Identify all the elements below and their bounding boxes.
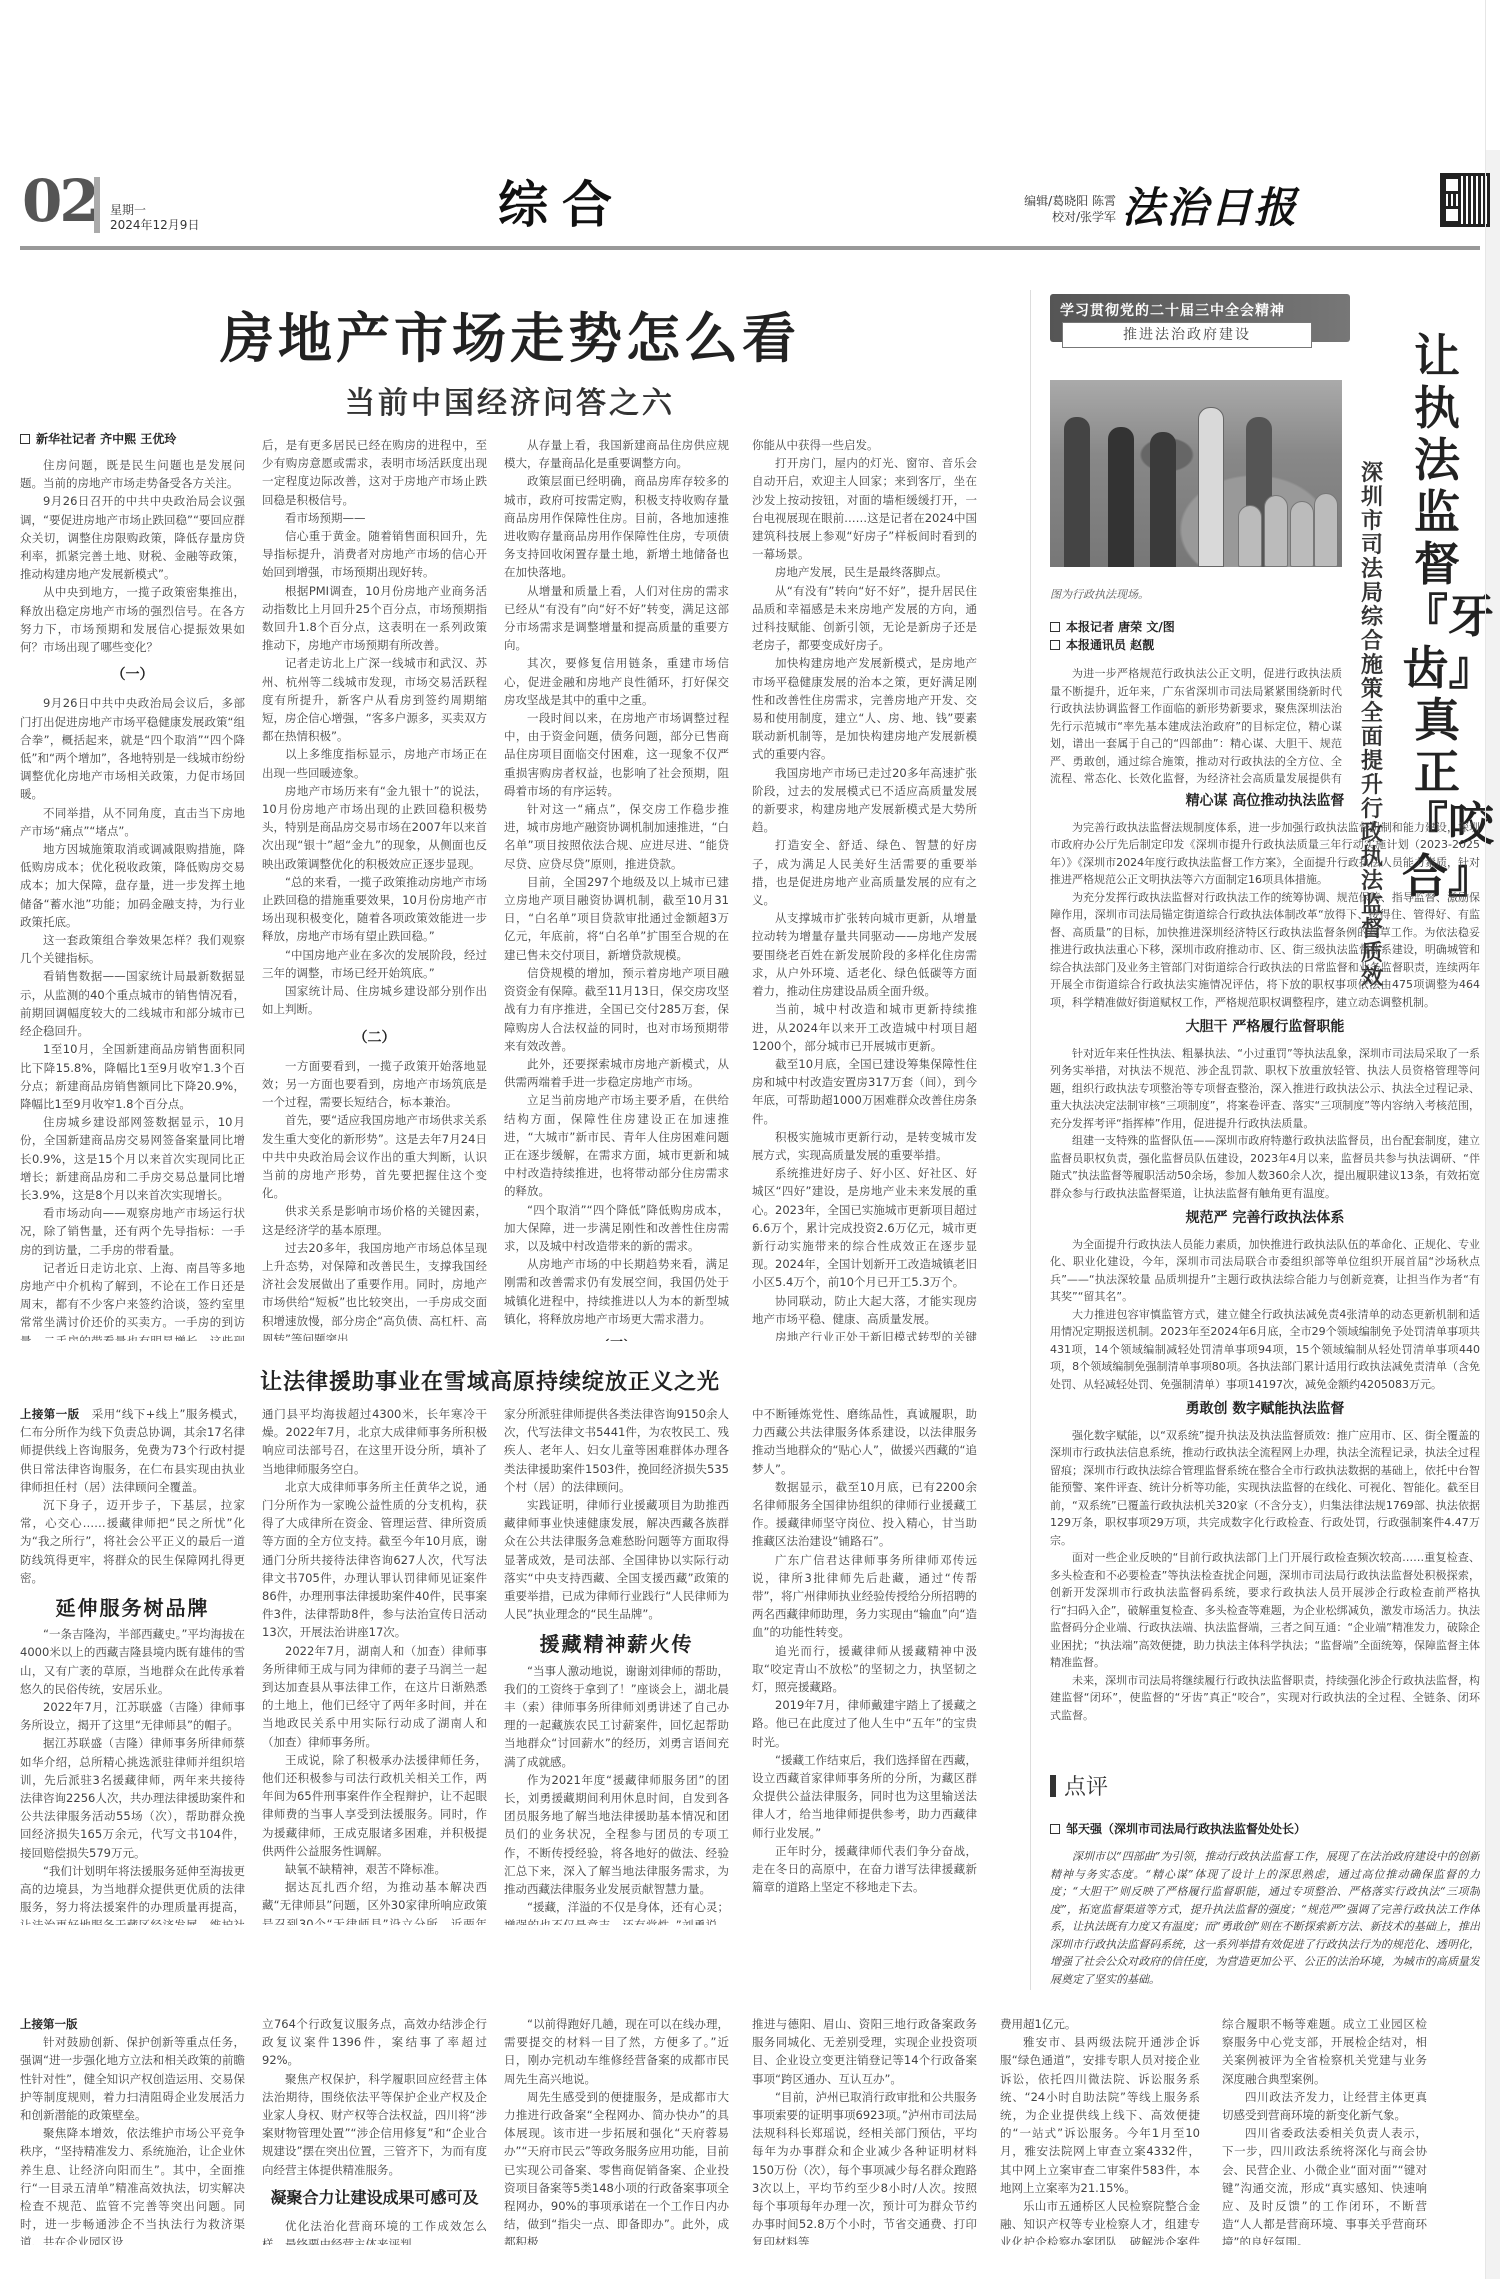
masthead: 02 星期一 2024年12月9日 综合 编辑/葛晓阳 陈霄 校对/张学军 法治… [20,165,1500,245]
continued-label: 上接第一版 [20,1407,80,1421]
paragraph: 看市场动向——观察房地产市场运行状况，除了销售量，还有两个先导指标：一手房的到访… [20,1204,245,1259]
paragraph: 立764个行政复议服务点，高效办结涉企行政复议案件1396件，案结事了率超过92… [262,2015,487,2070]
article2-column-2: 通门县平均海拔超过4300米，长年寒冷干燥。2022年7月，北京大成律师事务所积… [262,1405,487,1925]
paragraph: 为进一步严格规范行政执法公正文明，促进行政执法质量不断提升，近年来，广东省深圳市… [1050,665,1342,785]
paragraph: 截至10月底，全国已建设筹集保障性住房和城中村改造安置房317万套（间），到今年… [752,1055,977,1128]
paragraph: 雅安市、县两级法院开通涉企诉服“绿色通道”，安排专职人员对接企业诉讼，依托四川微… [1000,2033,1200,2197]
continued-label: 上接第一版 [20,2015,245,2033]
section-marker: （三） [504,1338,729,1341]
paragraph: 王成说，除了积极承办法援律师任务，他们还积极参与司法行政机关相关工作，两年间为6… [262,1751,487,1860]
paragraph: 四川政法齐发力，让经营主体更真切感受到营商环境的新变化新气象。 [1222,2088,1427,2124]
paragraph: 打造安全、舒适、绿色、智慧的好房子，成为满足人民美好生活需要的重要举措，也是促进… [752,836,977,909]
review-body: 深圳市以“四部曲”为引领，推动行政执法监督工作，展现了在法治政府建设中的创新精神… [1050,1848,1480,1988]
paragraph: “我们计划明年将法援服务延伸至海拔更高的边境县，为当地群众提供更优质的法律服务，… [20,1862,245,1925]
banner-title: 学习贯彻党的二十届三中全会精神 [1060,300,1285,320]
section-title: 综合 [498,165,626,237]
paragraph: 一段时间以来，在房地产市场调整过程中，由于资金问题，债务问题，部分已售商品住房项… [504,709,729,800]
paragraph: 为充分发挥行政执法监督对行政执法工作的统筹协调、规范保障、指导监督、激励保障作用… [1050,889,1480,1012]
paragraph: 组建一支特殊的监督队伍——深圳市政府特邀行政执法监督员，出台配套制度，建立监督员… [1050,1132,1480,1202]
article3-column-2: 立764个行政复议服务点，高效办结涉企行政复议案件1396件，案结事了率超过92… [262,2015,487,2245]
paragraph: 综合履职不畅等难题。成立工业园区检察服务中心党支部，开展检企结对，相关案例被评为… [1222,2015,1427,2088]
article2-column-1: 上接第一版 采用“线下+线上”服务模式，仁布分所作为线下负责总协调，其余17名律… [20,1405,245,1925]
paragraph: 住房问题，既是民生问题也是发展问题。当前的房地产市场走势备受各方关注。 [20,456,245,492]
masthead-rule [20,246,1480,250]
paragraph: 缺氧不缺精神，艰苦不降标准。 [262,1860,487,1878]
paragraph: 此外，还要探索城市房地产新模式，从供需两端着手进一步稳定房地产市场。 [504,1055,729,1091]
paragraph: 大力推进包容审慎监管方式，建立健全行政执法减免责4张清单的动态更新机制和适用情况… [1050,1306,1480,1394]
review-label: 点评 [1064,1775,1108,1800]
paragraph: 正年时分，援藏律师代表们争分奋战，走在冬日的高原中，在奋力谱写法律援藏新篇章的道… [752,1842,977,1897]
feature-section-title: 精心谋 高位推动执法监督 [1050,793,1480,811]
paragraph: 从增量和质量上看，人们对住房的需求已经从“有没有”向“好不好”转变，满足这部分市… [504,582,729,655]
editor-credits: 编辑/葛晓阳 陈霄 校对/张学军 [1020,193,1116,225]
reporter: 本报记者 唐荣 文/图 [1066,620,1175,634]
paragraph: 针对鼓励创新、保护创新等重点任务，强调“进一步强化地方立法和相关政策的前瞻性针对… [20,2033,245,2124]
article2-subtitle: 援藏精神薪火传 [504,1635,729,1653]
paragraph: “中国房地产业在多次的发展阶段，经过三年的调整，市场已经开始筑底。” [262,946,487,982]
paragraph: 乐山市五通桥区人民检察院整合金融、知识产权等专业检察人才，组建专业化护企检察办案… [1000,2197,1200,2245]
paragraph: 不同举措，从不同角度，直击当下房地产市场“痛点”“堵点”。 [20,804,245,840]
paragraph: 立足当前房地产市场主要矛盾，在供给结构方面，保障性住房建设正在加速推进，“大城市… [504,1091,729,1200]
bar-icon [1050,1775,1056,1797]
paragraph: 2019年7月，律师戴建宇踏上了援藏之路。他已在此度过了他人生中“五年”的宝贵时… [752,1696,977,1751]
paragraph: 加快构建房地产发展新模式，是房地产市场平稳健康发展的治本之策，更好满足刚性和改善… [752,654,977,763]
paragraph: 周先生感受到的便捷服务，是成都市大力推进行政备案“全程网办、简办快办”的具体展现… [504,2088,729,2245]
article2-column-4: 中不断锤炼党性、磨练品性，真诚履职，助力西藏公共法律服务体系建设，以法律服务推动… [752,1405,977,1925]
feature-body: 精心谋 高位推动执法监督 为完善行政执法监督法规制度体系，进一步加强行政执法监督… [1050,785,1480,1745]
photo-caption: 图为行政执法现场。 [1050,586,1149,602]
paragraph: 沉下身子，迈开步子，下基层，拉家常，心交心……援藏律师把“民之所忧”化为“我之所… [20,1496,245,1587]
paragraph: 看销售数据——国家统计局最新数据显示，从监测的40个重点城市的销售情况看，前期回… [20,967,245,1040]
review-author: 邹天强（深圳市司法局行政执法监督处处长） [1050,1820,1306,1837]
square-icon [1050,640,1060,650]
column-divider [1030,290,1031,1990]
paragraph: 协同联动，防止大起大落，才能实现房地产市场平稳、健康、高质量发展。 [752,1292,977,1328]
square-icon [1050,622,1060,632]
person-figure [1064,417,1090,567]
paragraph: “四个取消”“四个降低”降低购房成本，加大保障，进一步满足刚性和改善性住房需求，… [504,1201,729,1256]
paragraph: 你能从中获得一些启发。 [752,436,977,454]
article3-column-3: “以前得跑好几趟，现在可以在线办理，需要提交的材料一目了然，方便多了。”近日，刚… [504,2015,729,2245]
main-article-column-1: 住房问题，既是民生问题也是发展问题。当前的房地产市场走势备受各方关注。 9月26… [20,456,245,1341]
paragraph: 目前，全国297个地级及以上城市已建立房地产项目融资协调机制，截至10月31日，… [504,873,729,964]
main-headline: 房地产市场走势怎么看 [60,296,960,373]
paragraph: 看市场预期—— [262,509,487,527]
main-byline: 新华社记者 齐中熙 王优玲 [20,430,176,447]
gas-cylinder [1290,501,1314,567]
paragraph: 首先，要“适应我国房地产市场供求关系发生重大变化的新形势”。这是去年7月24日中… [262,1111,487,1202]
paragraph: 聚焦降本增效，依法维护市场公平竞争秩序，“坚持精准发力、系统施治，让企业休养生息… [20,2124,245,2245]
paragraph: 据达瓦扎西介绍，为推动基本解决西藏“无律师县”问题，区外30家律所响应政策号召到… [262,1878,487,1925]
paragraph: 打开房门，屋内的灯光、窗帘、音乐会自动开启，欢迎主人回家；来到客厅，坐在沙发上按… [752,454,977,563]
paragraph: 一方面要看到，一揽子政策开始落地显效；另一方面也要看到，房地产市场筑底是一个过程… [262,1057,487,1112]
paragraph: 费用超1亿元。 [1000,2015,1200,2033]
paragraph: 2022年7月，江苏联盛（吉隆）律师事务所设立，揭开了这里“无律师县”的帽子。 [20,1698,245,1734]
gas-cylinder [1238,505,1262,567]
paragraph: 9月26日召开的中共中央政治局会议强调，“要促进房地产市场止跌回稳”“要回应群众… [20,492,245,583]
paragraph: 从支撑城市扩张转向城市更新，从增量拉动转为增量存量共同驱动——房地产发展要围绕老… [752,909,977,1000]
feature-section-title: 大胆干 严格履行监督职能 [1050,1019,1480,1037]
article3-column-5: 费用超1亿元。 雅安市、县两级法院开通涉企诉服“绿色通道”，安排专职人员对接企业… [1000,2015,1200,2245]
paragraph: 强化数字赋能，以“双系统”提升执法及执法监督质效：推广应用市、区、街全覆盖的深圳… [1050,1427,1480,1550]
paragraph: “目前，泸州已取消行政审批和公共服务事项索要的证明事项6923项。”泸州市司法局… [752,2088,977,2245]
article3-column-1: 上接第一版 针对鼓励创新、保护创新等重点任务，强调“进一步强化地方立法和相关政策… [20,2015,245,2245]
paragraph: 根据PMI调查，10月份房地产业商务活动指数比上月回升25个百分点，市场预期指数… [262,582,487,655]
square-icon [1050,1824,1060,1834]
person-figure [1108,427,1134,567]
correspondent: 本报通讯员 赵靓 [1066,638,1154,652]
review-heading: 点评 [1050,1770,1108,1801]
paragraph: 追光而行，援藏律师从援藏精神中汲取“咬定青山不放松”的坚韧之力，执坚韧之灯，照亮… [752,1642,977,1697]
main-article-column-4: 你能从中获得一些启发。 打开房门，屋内的灯光、窗帘、音乐会自动开启，欢迎主人回家… [752,436,977,1341]
paragraph: 广东广信君达律师事务所律师邓传远说，律所3批律师先后赴藏，通过“传帮带”，将广州… [752,1551,977,1642]
paragraph: 针对这一“痛点”，保交房工作稳步推进，城市房地产融资协调机制加速推进，“白名单”… [504,800,729,873]
paragraph: 住房城乡建设部网签数据显示，10月份，全国新建商品房交易网签备案量同比增长0.9… [20,1113,245,1204]
proofreader: 校对/张学军 [1020,209,1116,225]
paragraph: 供求关系是影响市场价格的关键因素，这是经济学的基本原理。 [262,1202,487,1238]
qr-code-icon[interactable] [1440,173,1490,227]
gas-cylinder [1264,495,1288,567]
page-number-divider [94,177,100,233]
paragraph: 推进与德阳、眉山、资阳三地行政备案政务服务同城化、无差别受理，实现企业投资项目、… [752,2015,977,2088]
newspaper-page: 02 星期一 2024年12月9日 综合 编辑/葛晓阳 陈霄 校对/张学军 法治… [0,0,1485,2279]
paragraph: 家分所派驻律师提供各类法律咨询9150余人次，代写法律文书5441件，为农牧民工… [504,1405,729,1496]
paragraph: 国家统计局、住房城乡建设部分别作出如上判断。 [262,982,487,1018]
paragraph: 9月26日中共中央政治局会议后，多部门打出促进房地产市场平稳健康发展政策“组合拳… [20,694,245,803]
paragraph: 积极实施城市更新行动，是转变城市发展方式，实现高质量发展的重要举措。 [752,1128,977,1164]
square-icon [20,434,30,444]
officer-figure [1198,407,1224,567]
paragraph: 中不断锤炼党性、磨练品性，真诚履职，助力西藏公共法律服务体系建设，以法律服务推动… [752,1405,977,1478]
paragraph: 数据显示，截至10月底，已有2200余名律师服务全国律协组织的律师行业援藏工作。… [752,1478,977,1551]
article2-column-3: 家分所派驻律师提供各类法律咨询9150余人次，代写法律文书5441件，为农牧民工… [504,1405,729,1925]
paragraph: 记者走访北上广深一线城市和武汉、苏州、杭州等二线城市发现，市场交易活跃程度有所提… [262,654,487,745]
paragraph: 1至10月，全国新建商品房销售面积同比下降15.8%，降幅比1至9月收窄1.3个… [20,1040,245,1113]
paragraph: 我国房地产市场已走过20多年高速扩张阶段，过去的发展模式已不适应高质量发展的新要… [752,764,977,837]
paragraph: 政策层面已经明确，商品房库存较多的城市，政府可按需定购，积极支持收购存量商品房用… [504,472,729,581]
page-number: 02 [22,171,97,231]
paragraph: 系统推进好房子、好小区、好社区、好城区“四好”建设，是房地产业未来发展的重心。2… [752,1164,977,1291]
paragraph: 面对一些企业反映的“目前行政执法部门上门开展行政检查频次较高……重复检查、多头检… [1050,1549,1480,1672]
paragraph: “援藏，洋溢的不仅是身体，还有心灵；增强的也不仅是意志，还有党性。”刘勇说，作为… [504,1898,729,1925]
paragraph: 房地产行业正处于新旧模式转型的关键期，迎难而上，主动破局。按照中央统一部署，各地… [752,1328,977,1341]
paragraph: 房地产发展，民生是最终落脚点。 [752,563,977,581]
review-author-text: 邹天强（深圳市司法局行政执法监督处处长） [1066,1822,1306,1836]
main-article-column-3: 从存量上看，我国新建商品住房供应规模大，存量商品化是重要调整方向。 政策层面已经… [504,436,729,1341]
paragraph: 从存量上看，我国新建商品住房供应规模大，存量商品化是重要调整方向。 [504,436,729,472]
paragraph: “援藏工作结束后，我们选择留在西藏，设立西藏首家律师事务所的分所，为藏区群众提供… [752,1751,977,1842]
paragraph: 记者近日走访北京、上海、南昌等多地房地产中介机构了解到，不论在工作日还是周末，都… [20,1259,245,1341]
article2-subtitle: 延伸服务树品牌 [20,1599,245,1617]
enforcement-photo [1050,380,1342,567]
paragraph: 四川省委政法委相关负责人表示，下一步，四川政法系统将深化与商会协会、民营企业、小… [1222,2124,1427,2245]
section-marker: （一） [20,666,245,684]
person-figure [1150,432,1176,567]
paragraph: “总的来看，一揽子政策推动房地产市场止跌回稳的措施重要效果，10月份房地产市场出… [262,873,487,946]
paragraph: 从“有没有”转向“好不好”，提升居民住品质和幸福感是未来房地产发展的方向，通过科… [752,582,977,655]
paragraph: 信心重于黄金。随着销售面积回升，先导指标提升，消费者对房地产市场的信心开始回到增… [262,527,487,582]
weekday: 星期一 [110,203,199,218]
paragraph: 作为2021年度“援藏律师服务团”的团长，刘勇援藏期间利用休息时间，自发到各团员… [504,1771,729,1898]
paragraph: 据江苏联盛（吉隆）律师事务所律师蔡如华介绍，总所精心挑选派驻律师并组织培训，先后… [20,1734,245,1861]
paragraph: 北京大成律师事务所主任黄华之说，通门分所作为一家晚公益性质的分支机构，获得了大成… [262,1478,487,1642]
paragraph: 针对近年来任性执法、粗暴执法、“小过重罚”等执法乱象，深圳市司法局采取了一系列务… [1050,1045,1480,1133]
issue-date: 星期一 2024年12月9日 [110,203,199,233]
paragraph: 其次，要修复信用链条，重建市场信心，促进金融和房地产良性循环，打好保交房攻坚战是… [504,654,729,709]
paragraph: 地方因城施策取消或调减限购措施，降低购房成本；优化税收政策，降低购房交易成本；加… [20,840,245,931]
main-subhead: 当前中国经济问答之六 [60,378,960,422]
feature-section-title: 勇敢创 数字赋能执法监督 [1050,1401,1480,1419]
paragraph: 通门县平均海拔超过4300米，长年寒冷干燥。2022年7月，北京大成律师事务所积… [262,1405,487,1478]
theme-banner: 学习贯彻党的二十届三中全会精神 推进法治政府建设 [1050,294,1350,342]
paragraph: 房地产市场历来有“金九银十”的说法，10月份房地产市场出现的止跌回稳积极势头，特… [262,782,487,873]
paragraph: 这一套政策组合拳效果怎样？我们观察几个关键指标。 [20,931,245,967]
paragraph: 为全面提升行政执法人员能力素质，加快推进行政执法队伍的革命化、正规化、专业化、职… [1050,1236,1480,1306]
paragraph: 未来，深圳市司法局将继续履行行政执法监督职责，持续强化涉企行政执法监督，构建监督… [1050,1672,1480,1725]
section-marker: （二） [262,1029,487,1047]
newspaper-logo: 法治日报 [1122,175,1298,235]
article3-subtitle: 凝聚合力让建设成果可感可及 [262,2189,487,2207]
paragraph: 后，是有更多居民已经在购房的进程中，至少有购房意愿或需求，表明市场活跃度出现一定… [262,436,487,509]
date: 2024年12月9日 [110,218,199,233]
page-edge [1485,0,1486,2279]
paragraph: 过去20多年，我国房地产市场总体呈现上升态势，对保障和改善民生，支撑我国经济社会… [262,1239,487,1341]
feature-intro: 为进一步严格规范行政执法公正文明，促进行政执法质量不断提升，近年来，广东省深圳市… [1050,665,1342,785]
banner-subtitle: 推进法治政府建设 [1062,322,1312,348]
paragraph: 当前，城中村改造和城市更新持续推进，从2024年以来开工改造城中村项目超1200… [752,1000,977,1055]
paragraph: 为完善行政执法监督法规制度体系，进一步加强行政执法监督机制和能力建设，深圳市政府… [1050,819,1480,889]
paragraph: “一条吉隆沟，半部西藏史。”平均海拔在4000米以上的西藏吉隆县境内既有雄伟的雪… [20,1625,245,1698]
paragraph: “当事人激动地说，谢谢刘律师的帮助，我们的工资终于拿到了！”座谈会上，湖北晨丰（… [504,1662,729,1771]
byline-text: 新华社记者 齐中熙 王优玲 [36,432,176,446]
gas-cylinder [1314,493,1338,567]
main-article-column-2: 后，是有更多居民已经在购房的进程中，至少有购房意愿或需求，表明市场活跃度出现一定… [262,436,487,1341]
article3-column-6: 综合履职不畅等难题。成立工业园区检察服务中心党支部，开展检企结对，相关案例被评为… [1222,2015,1427,2245]
article3-column-4: 推进与德阳、眉山、资阳三地行政备案政务服务同城化、无差别受理，实现企业投资项目、… [752,2015,977,2245]
feature-section-title: 规范严 完善行政执法体系 [1050,1210,1480,1228]
paragraph: 优化法治化营商环境的工作成效怎么样，最终要由经营主体来评判。 [262,2217,487,2245]
paragraph: 实践证明，律师行业援藏项目为助推西藏律师事业快速健康发展，解决西藏各族群众在公共… [504,1496,729,1623]
paragraph: 信贷规模的增加，预示着房地产项目融资资金有保障。截至11月13日，保交房攻坚战有… [504,964,729,1055]
paragraph: 2022年7月，湖南人和（加查）律师事务所律师王成与同为律师的妻子马润兰一起到达… [262,1642,487,1751]
paragraph: 从房地产市场的中长期趋势来看，满足刚需和改善需求仍有发展空间，我国仍处于城镇化进… [504,1255,729,1328]
paragraph: 聚焦产权保护，科学履职回应经营主体法治期待，围绕依法平等保护企业产权及企业家人身… [262,2070,487,2179]
feature-byline: 本报记者 唐荣 文/图 本报通讯员 赵靓 [1050,618,1175,654]
paragraph: 以上多维度指标显示，房地产市场正在出现一些回暖迹象。 [262,745,487,781]
article2-title: 让法律援助事业在雪域高原持续绽放正义之光 [110,1365,870,1396]
paragraph: 从中央到地方，一揽子政策密集推出，释放出稳定房地产市场的强烈信号。在各方努力下，… [20,583,245,656]
paragraph: “以前得跑好几趟，现在可以在线办理，需要提交的材料一目了然，方便多了。”近日，刚… [504,2015,729,2088]
editors: 编辑/葛晓阳 陈霄 [1020,193,1116,209]
